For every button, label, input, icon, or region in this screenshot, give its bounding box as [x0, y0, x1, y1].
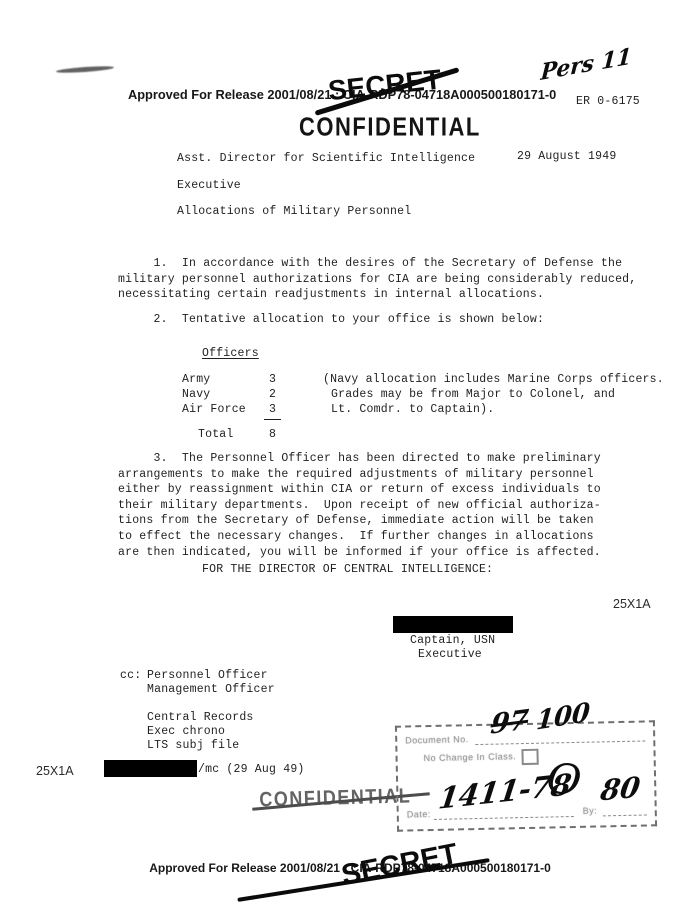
table-total-value: 8 [269, 427, 276, 443]
handwritten-by-value: 80 [599, 773, 642, 805]
class-checkbox [521, 749, 538, 765]
document-page: Approved For Release 2001/08/21 : CIA-RD… [0, 0, 700, 906]
handwritten-circle-mark: O [544, 757, 583, 803]
table-row-count: 2 [269, 387, 276, 403]
ink-smudge [56, 65, 114, 74]
memo-to-line: Asst. Director for Scientific Intelligen… [177, 151, 475, 167]
closing-line: FOR THE DIRECTOR OF CENTRAL INTELLIGENCE… [202, 562, 493, 578]
table-row-branch: Navy [182, 387, 210, 403]
by-label: By: [583, 806, 598, 816]
secret-stamp-top: SECRET [328, 70, 430, 114]
table-total-label: Total [198, 427, 234, 443]
date-label: Date: [407, 809, 431, 820]
memo-date: 29 August 1949 [517, 149, 616, 165]
cc-file: LTS subj file [147, 738, 239, 754]
secret-stamp-bottom: SECRET [341, 850, 446, 898]
table-note-line: Lt. Comdr. to Captain). [331, 402, 494, 418]
er-number: ER 0-6175 [576, 94, 640, 110]
review-stamp-box: Document No. No Change In Class. Date: B… [395, 720, 657, 831]
secret-stamp-text: SECRET [327, 65, 432, 107]
signer-org: Executive [418, 647, 482, 663]
redaction-bar [393, 616, 513, 633]
class-label: No Change In Class. [423, 751, 516, 763]
table-note-line: (Navy allocation includes Marine Corps o… [323, 372, 664, 388]
table-row-count: 3 [264, 402, 281, 420]
paragraph-1: 1. In accordance with the desires of the… [118, 256, 658, 303]
classification-code-left: 25X1A [36, 764, 74, 778]
table-row-count: 3 [269, 372, 276, 388]
paragraph-2: 2. Tentative allocation to your office i… [118, 312, 658, 328]
handwritten-pers-note: Pers 11 [540, 45, 632, 84]
cc-recipient: Management Officer [147, 682, 275, 698]
table-note-line: Grades may be from Major to Colonel, and [331, 387, 615, 403]
handwritten-crossed-number: 97 [489, 706, 530, 738]
redaction-bar [104, 760, 197, 777]
table-row-branch: Air Force [182, 402, 246, 418]
table-heading: Officers [202, 346, 259, 362]
table-row-branch: Army [182, 372, 210, 388]
confidential-stamp-top: CONFIDENTIAL [299, 112, 481, 143]
paragraph-3: 3. The Personnel Officer has been direct… [118, 451, 663, 560]
classification-code-right: 25X1A [613, 597, 651, 611]
cc-label: cc: [120, 668, 141, 684]
memo-subject-line: Allocations of Military Personnel [177, 204, 411, 220]
memo-from-line: Executive [177, 178, 241, 194]
document-no-label: Document No. [405, 734, 469, 745]
typist-initials-line: /mc (29 Aug 49) [198, 762, 305, 778]
